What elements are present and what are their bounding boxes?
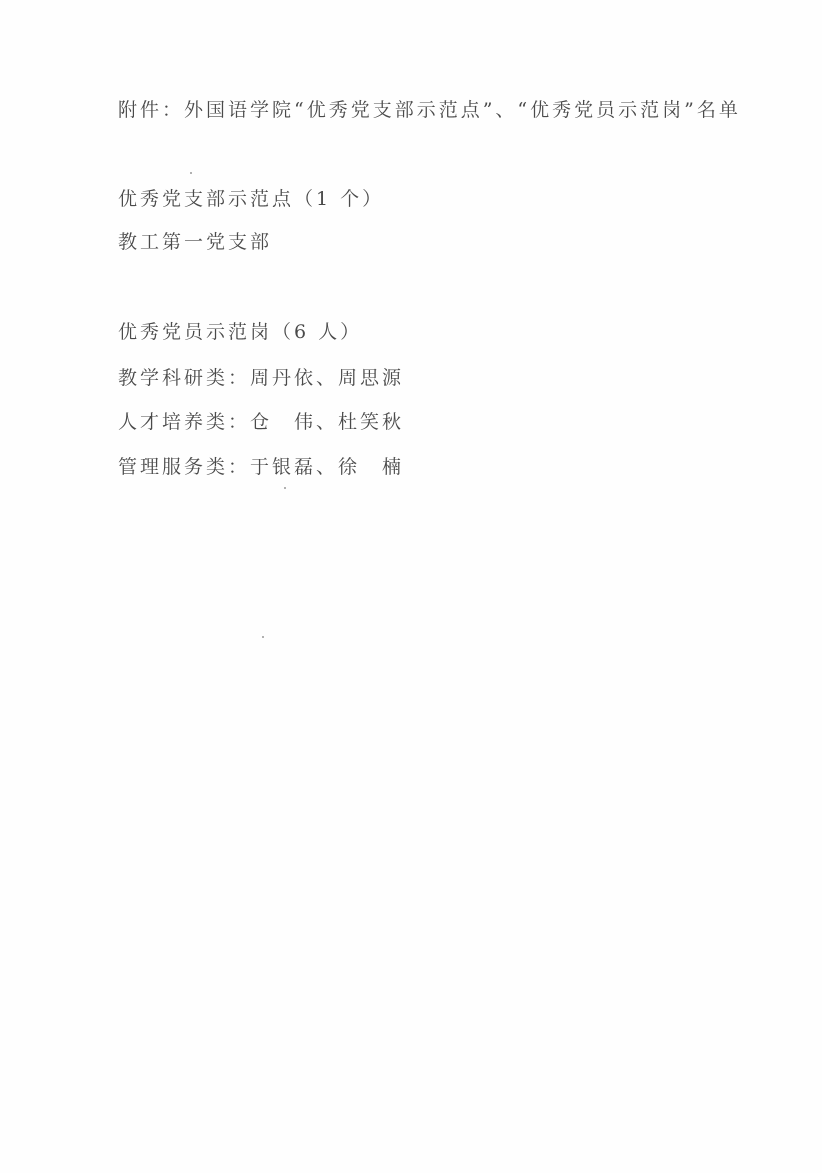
member-category-management-service: 管理服务类：于银磊、徐 楠 [118, 455, 404, 479]
party-branch-item: 教工第一党支部 [118, 230, 272, 254]
scan-speck [190, 172, 192, 174]
attachment-title: 附件：外国语学院“优秀党支部示范点”、“优秀党员示范岗”名单 [118, 98, 741, 122]
member-category-teaching-research: 教学科研类：周丹依、周思源 [118, 366, 404, 390]
member-category-talent-cultivation: 人才培养类：仓 伟、杜笑秋 [118, 410, 404, 434]
section-heading-party-branch: 优秀党支部示范点（1 个） [118, 187, 384, 211]
scan-speck [284, 487, 286, 489]
section-heading-party-member: 优秀党员示范岗（6 人） [118, 320, 362, 344]
scan-speck [262, 636, 264, 638]
